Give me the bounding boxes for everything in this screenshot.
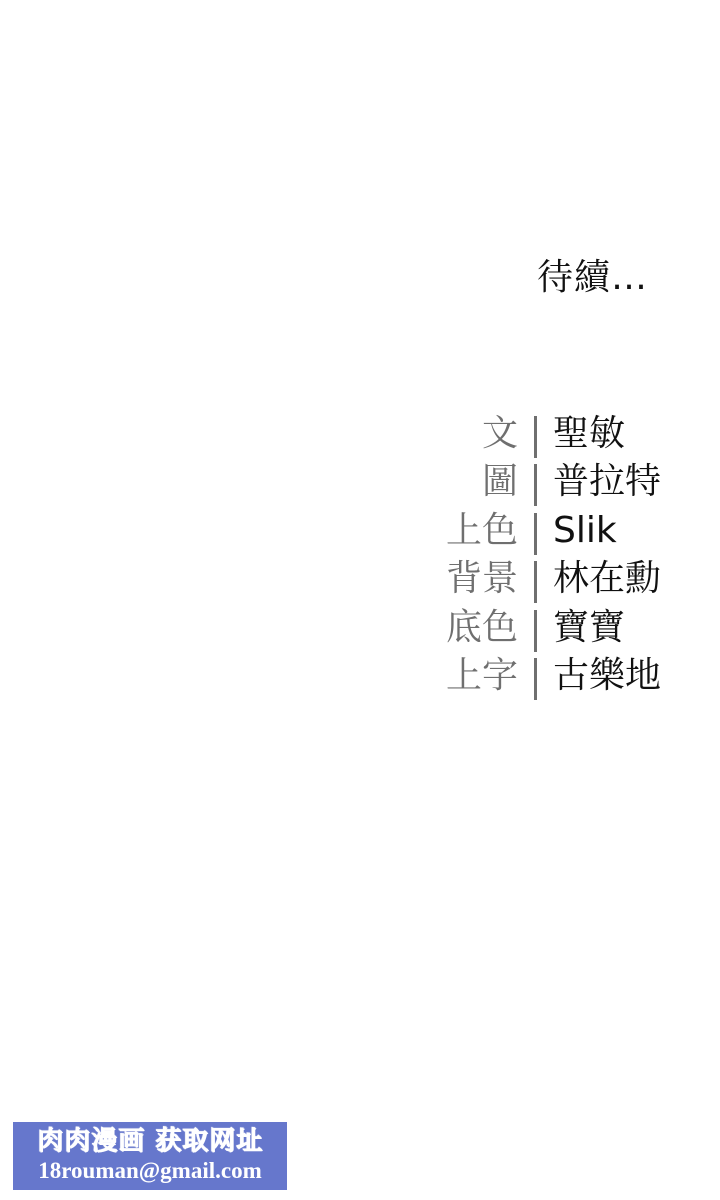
credit-row-background: 背景 林在勳 <box>400 555 700 603</box>
credit-name: 寶寶 <box>553 606 625 650</box>
credit-row-lettering: 上字 古樂地 <box>400 652 700 700</box>
to-be-continued-text: 待續… <box>537 255 648 301</box>
credit-separator <box>534 464 537 506</box>
credit-separator <box>534 416 537 458</box>
credit-name: 聖敏 <box>553 412 625 456</box>
credit-separator <box>534 513 537 555</box>
credit-separator <box>534 561 537 603</box>
credit-role: 文 <box>482 412 518 456</box>
credit-row-base-color: 底色 寶寶 <box>400 604 700 652</box>
credit-name: Slik <box>553 509 617 553</box>
credit-name: 古樂地 <box>553 654 661 698</box>
watermark-title: 肉肉漫画 获取网址 <box>13 1124 287 1158</box>
credit-role: 上色 <box>446 509 518 553</box>
credit-name: 普拉特 <box>553 460 661 504</box>
credit-row-art: 圖 普拉特 <box>400 458 700 506</box>
credit-name: 林在勳 <box>553 557 661 601</box>
credit-row-coloring: 上色 Slik <box>400 507 700 555</box>
credit-separator <box>534 658 537 700</box>
credit-role: 圖 <box>482 460 518 504</box>
credits-block: 文 聖敏 圖 普拉特 上色 Slik 背景 林在勳 底色 寶寶 上字 古樂地 <box>400 410 700 700</box>
watermark-email: 18rouman@gmail.com <box>13 1158 287 1184</box>
watermark-banner: 肉肉漫画 获取网址 18rouman@gmail.com <box>13 1122 287 1190</box>
credit-role: 背景 <box>446 557 518 601</box>
credit-row-writer: 文 聖敏 <box>400 410 700 458</box>
credit-separator <box>534 610 537 652</box>
credit-role: 上字 <box>446 654 518 698</box>
credit-role: 底色 <box>446 606 518 650</box>
